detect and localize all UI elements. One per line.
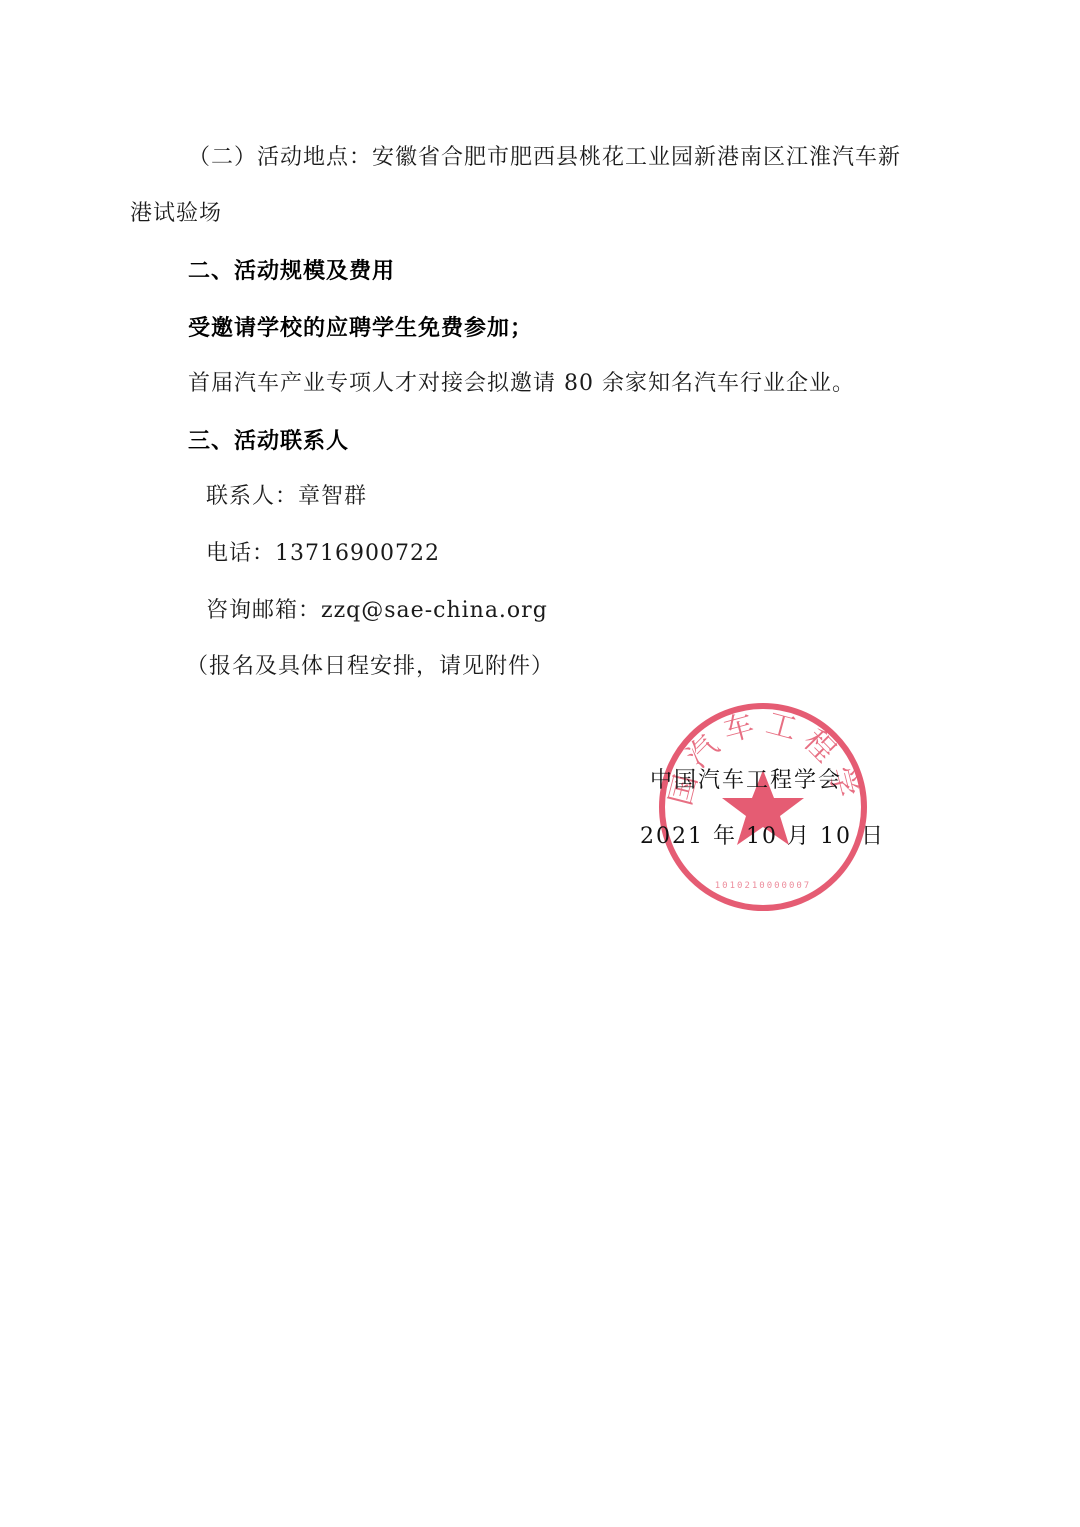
svg-text:1010210000007: 1010210000007 — [715, 881, 811, 891]
contact-phone: 电话：13716900722 — [206, 539, 440, 569]
location-line-1: （二）活动地点：安徽省合肥市肥西县桃花工业园新港南区江淮汽车新 — [188, 143, 901, 173]
signature-date: 2021 年 10 月 10 日 — [640, 822, 885, 852]
scale-heading: 二、活动规模及费用 — [188, 256, 395, 286]
scale-bold-note: 受邀请学校的应聘学生免费参加； — [188, 313, 533, 343]
official-seal-icon: 国汽车工程学 1010210000007 — [656, 700, 870, 914]
location-line-2: 港试验场 — [130, 199, 222, 229]
contact-heading: 三、活动联系人 — [188, 426, 349, 456]
contact-person: 联系人：章智群 — [206, 482, 367, 512]
attachment-note: （报名及具体日程安排，请见附件） — [186, 652, 554, 682]
scale-text: 首届汽车产业专项人才对接会拟邀请 80 余家知名汽车行业企业。 — [188, 369, 855, 399]
signature-organization: 中国汽车工程学会 — [650, 766, 842, 796]
contact-email[interactable]: 咨询邮箱：zzq@sae-china.org — [206, 596, 548, 626]
